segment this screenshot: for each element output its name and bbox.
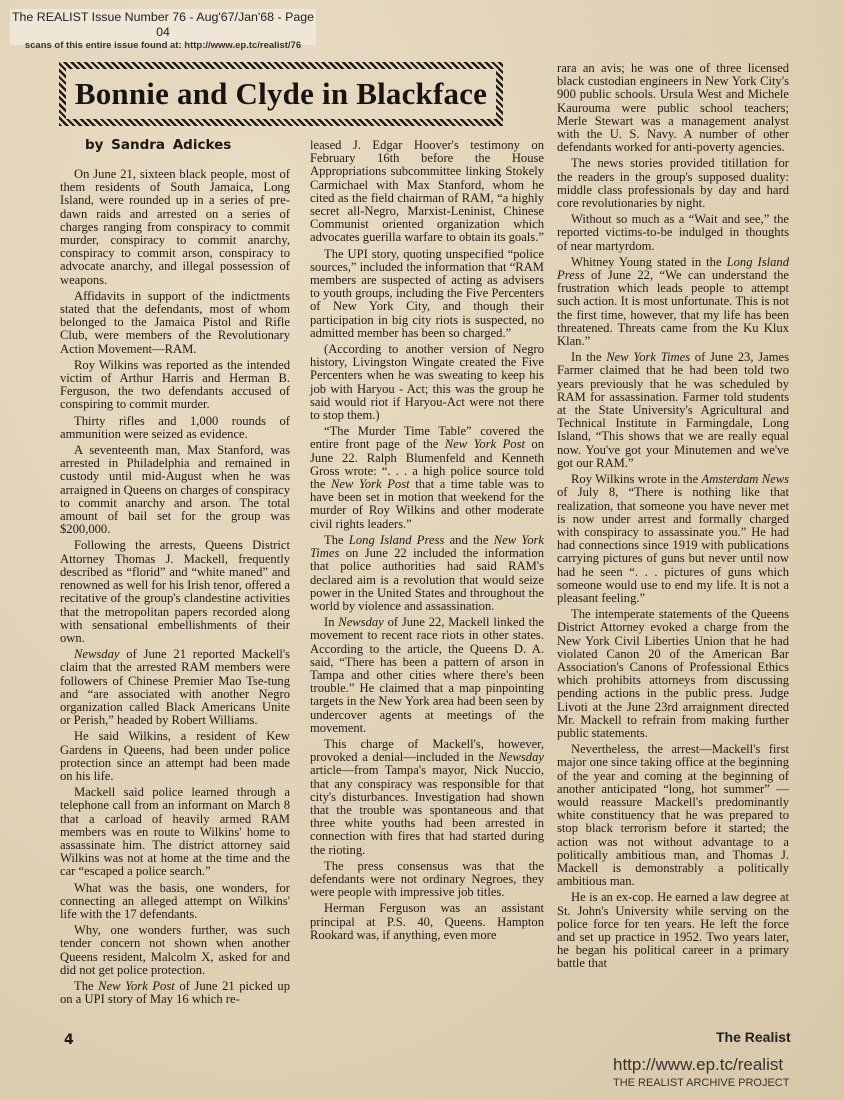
article-column-2: leased J. Edgar Hoover's testimony on Fe…	[310, 139, 544, 945]
article-paragraph: In Newsday of June 22, Mackell linked th…	[310, 616, 544, 735]
archive-header: The REALIST Issue Number 76 - Aug'67/Jan…	[10, 9, 316, 45]
page-number: 4	[64, 1032, 74, 1048]
article-paragraph: Affidavits in support of the indictments…	[60, 290, 290, 356]
article-paragraph: He is an ex-cop. He earned a law degree …	[557, 891, 789, 970]
article-paragraph: A seventeenth man, Max Stanford, was arr…	[60, 444, 290, 536]
title-hatched-border: Bonnie and Clyde in Blackface	[59, 62, 503, 126]
article-paragraph: The news stories provided titillation fo…	[557, 157, 789, 210]
article-paragraph: On June 21, sixteen black people, most o…	[60, 168, 290, 287]
article-column-1: On June 21, sixteen black people, most o…	[60, 168, 290, 1009]
article-paragraph: The Long Island Press and the New York T…	[310, 534, 544, 613]
footer-archive-project: THE REALIST ARCHIVE PROJECT	[613, 1077, 789, 1089]
article-paragraph: Herman Ferguson was an assistant princip…	[310, 902, 544, 942]
title-panel: Bonnie and Clyde in Blackface	[66, 69, 496, 119]
article-paragraph: Mackell said police learned through a te…	[60, 786, 290, 878]
article-byline: by Sandra Adickes	[85, 137, 231, 153]
article-paragraph: Roy Wilkins was reported as the intended…	[60, 359, 290, 412]
article-paragraph: This charge of Mackell's, however, provo…	[310, 738, 544, 857]
footer-brand: The Realist	[716, 1029, 791, 1045]
article-paragraph: Thirty rifles and 1,000 rounds of ammuni…	[60, 415, 290, 441]
archive-scans-link[interactable]: scans of this entire issue found at: htt…	[10, 40, 316, 52]
article-paragraph: Newsday of June 21 reported Mackell's cl…	[60, 648, 290, 727]
article-paragraph: Following the arrests, Queens District A…	[60, 539, 290, 645]
article-title: Bonnie and Clyde in Blackface	[75, 76, 487, 112]
article-paragraph: Roy Wilkins wrote in the Amsterdam News …	[557, 473, 789, 605]
article-column-3: rara an avis; he was one of three licens…	[557, 62, 789, 974]
article-paragraph: “The Murder Time Table” covered the enti…	[310, 425, 544, 531]
article-paragraph: Without so much as a “Wait and see,” the…	[557, 213, 789, 253]
footer-archive-url[interactable]: http://www.ep.tc/realist	[613, 1055, 783, 1075]
archive-issue-line: The REALIST Issue Number 76 - Aug'67/Jan…	[10, 10, 316, 40]
article-paragraph: The New York Post of June 21 picked up o…	[60, 980, 290, 1006]
article-paragraph: leased J. Edgar Hoover's testimony on Fe…	[310, 139, 544, 245]
article-paragraph: Why, one wonders further, was such tende…	[60, 924, 290, 977]
article-paragraph: The intemperate statements of the Queens…	[557, 608, 789, 740]
article-paragraph: The UPI story, quoting unspecified “poli…	[310, 248, 544, 340]
article-paragraph: What was the basis, one wonders, for con…	[60, 882, 290, 922]
article-paragraph: In the New York Times of June 23, James …	[557, 351, 789, 470]
article-paragraph: Nevertheless, the arrest—Mackell's first…	[557, 743, 789, 888]
article-paragraph: Whitney Young stated in the Long Island …	[557, 256, 789, 348]
article-paragraph: (According to another version of Negro h…	[310, 343, 544, 422]
article-paragraph: rara an avis; he was one of three licens…	[557, 62, 789, 154]
article-paragraph: He said Wilkins, a resident of Kew Garde…	[60, 730, 290, 783]
article-paragraph: The press consensus was that the defenda…	[310, 860, 544, 900]
